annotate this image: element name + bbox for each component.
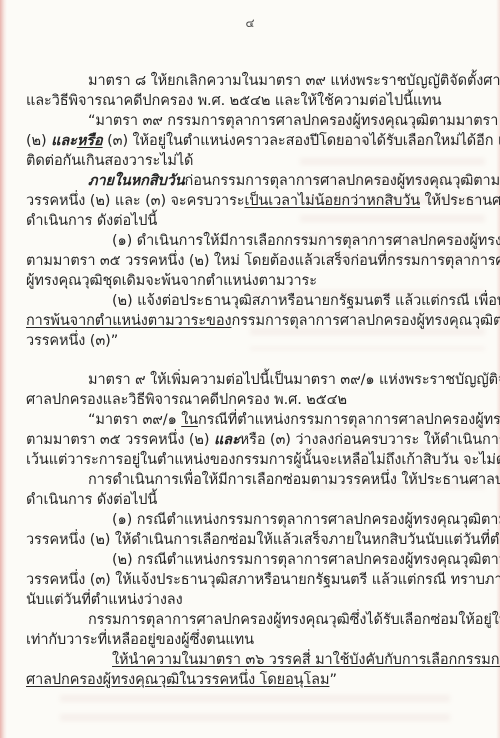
text-run: และ [214,432,240,448]
text-run: วรรคหนึ่ง (๒) ให้ดำเนินการเลือกซ่อมให้แล… [26,532,500,548]
document-line: วรรคหนึ่ง (๓) ให้แจ้งประธานวุฒิสภาหรือนา… [26,570,482,590]
document-line: (๑) กรณีตำแหน่งกรรมการตุลาการศาลปกครองผู… [112,510,482,530]
text-run: ศาลปกครองผู้ทรงคุณวุฒิในวรรคหนึ่ง โดยอนุ… [26,672,329,688]
document-body: มาตรา ๘ ให้ยกเลิกความในมาตรา ๓๙ แห่งพระร… [26,71,482,690]
text-run: มาตรา ๙ ให้เพิ่มความต่อไปนี้เป็นมาตรา ๓๙… [88,372,500,388]
text-run: มาตรา ๘ ให้ยกเลิกความในมาตรา ๓๙ แห่งพระร… [88,73,500,89]
document-line: (๒) และหรือ (๓) ให้อยู่ในตำแหน่งคราวละสอ… [26,131,482,151]
document-line: ดำเนินการ ดังต่อไปนี้ [26,211,482,231]
text-run: การดำเนินการเพื่อให้มีการเลือกซ่อมตามวรร… [88,472,500,488]
text-run: ให้นำความในมาตรา ๓๖ วรรคสี่ มาใช้บังคับก… [112,652,500,668]
document-line: “มาตรา ๓๙ กรรมการตุลาการศาลปกครองผู้ทรงค… [88,111,482,131]
text-run: (๒) [26,133,51,149]
text-run: “มาตรา ๓๙ กรรมการตุลาการศาลปกครองผู้ทรงค… [88,113,500,129]
document-line: และวิธีพิจารณาคดีปกครอง พ.ศ. ๒๕๔๒ และให้… [26,91,482,111]
text-run: ผู้ทรงคุณวุฒิชุดเดิมจะพ้นจากตำแหน่งตามวา… [26,273,317,289]
document-line: “มาตรา ๓๙/๑ ในกรณีที่ตำแหน่งกรรมการตุลาก… [88,410,482,430]
text-run: หรือ (๓) ว่างลงก่อนครบวาระ ให้ดำเนินการเ… [240,432,500,448]
document-line: ศาลปกครองและวิธีพิจารณาคดีปกครอง พ.ศ. ๒๕… [26,390,482,410]
document-line: มาตรา ๙ ให้เพิ่มความต่อไปนี้เป็นมาตรา ๓๙… [88,370,482,390]
scan-edge-left [0,0,7,738]
text-run: (๑) กรณีตำแหน่งกรรมการตุลาการศาลปกครองผู… [112,512,500,528]
text-run: และ [51,133,77,149]
text-run: วรรคหนึ่ง (๓) ให้แจ้งประธานวุฒิสภาหรือนา… [26,572,500,588]
text-run: ตามมาตรา ๓๕ วรรคหนึ่ง (๒) [26,432,214,448]
text-run: (๓) ให้อยู่ในตำแหน่งคราวละสองปีโดยอาจได้… [103,133,500,149]
document-line: (๑) ดำเนินการให้มีการเลือกกรรมการตุลาการ… [112,231,482,251]
text-run: นับแต่วันที่ตำแหน่งว่างลง [26,592,183,608]
text-run: (๑) ดำเนินการให้มีการเลือกกรรมการตุลาการ… [112,233,500,249]
document-line: นับแต่วันที่ตำแหน่งว่างลง [26,590,482,610]
text-run: กรรมการตุลาการศาลปกครองผู้ทรงคุณวุฒิตามม… [231,313,500,329]
text-run: กรรมการตุลาการศาลปกครองผู้ทรงคุณวุฒิซึ่ง… [88,612,500,628]
text-run: ดำเนินการ ดังต่อไปนี้ [26,213,157,229]
text-run: หรือ [77,133,103,149]
document-line: (๒) แจ้งต่อประธานวุฒิสภาหรือนายกรัฐมนตรี… [112,291,482,311]
text-run: ติดต่อกันเกินสองวาระไม่ได้ [26,153,193,169]
document-line: วรรคหนึ่ง (๒) และ (๓) จะครบวาระเป็นเวลาไ… [26,191,482,211]
bleedthrough-artifact [60,695,450,725]
scanned-document-page: { "page": { "number": "๔", "colors": { "… [0,0,500,738]
document-line: วรรคหนึ่ง (๓)” [26,331,482,351]
page-number: ๔ [0,14,500,33]
document-line: ภายในหกสิบวันก่อนกรรมการตุลาการศาลปกครอง… [88,171,482,191]
text-run: ศาลปกครองและวิธีพิจารณาคดีปกครอง พ.ศ. ๒๕… [26,392,347,408]
document-line: มาตรา ๘ ให้ยกเลิกความในมาตรา ๓๙ แห่งพระร… [88,71,482,91]
document-line: ให้นำความในมาตรา ๓๖ วรรคสี่ มาใช้บังคับก… [112,650,482,670]
document-line: เว้นแต่วาระการอยู่ในตำแหน่งของกรรมการผู้… [26,450,482,470]
text-run: การพ้นจากตำแหน่งตามวาระของ [26,313,231,329]
text-run: ภายในหกสิบวัน [88,173,185,189]
document-line: การดำเนินการเพื่อให้มีการเลือกซ่อมตามวรร… [88,470,482,490]
text-run: ก่อนกรรมการตุลาการศาลปกครองผู้ทรงคุณวุฒิ… [185,173,500,189]
text-run: (๒) แจ้งต่อประธานวุฒิสภาหรือนายกรัฐมนตรี… [112,293,500,309]
text-run: ตามมาตรา ๓๕ วรรคหนึ่ง (๒) ใหม่ โดยต้องแล… [26,253,500,269]
document-line: การพ้นจากตำแหน่งตามวาระของกรรมการตุลาการ… [26,311,482,331]
text-run: ดำเนินการ ดังต่อไปนี้ [26,492,157,508]
document-line: ผู้ทรงคุณวุฒิชุดเดิมจะพ้นจากตำแหน่งตามวา… [26,271,482,291]
text-run: (๒) กรณีตำแหน่งกรรมการตุลาการศาลปกครองผู… [112,552,500,568]
document-line: (๒) กรณีตำแหน่งกรรมการตุลาการศาลปกครองผู… [112,550,482,570]
text-run: วรรคหนึ่ง (๓)” [26,333,118,349]
text-run: ใน [181,412,198,428]
text-run: “มาตรา ๓๙/๑ [88,412,181,428]
text-run: และวิธีพิจารณาคดีปกครอง พ.ศ. ๒๕๔๒ และให้… [26,93,441,109]
document-line: ดำเนินการ ดังต่อไปนี้ [26,490,482,510]
document-line: ศาลปกครองผู้ทรงคุณวุฒิในวรรคหนึ่ง โดยอนุ… [26,670,482,690]
document-line: เท่ากับวาระที่เหลืออยู่ของผู้ซึ่งตนแทน [26,630,482,650]
document-line: วรรคหนึ่ง (๒) ให้ดำเนินการเลือกซ่อมให้แล… [26,530,482,550]
text-run: เว้นแต่วาระการอยู่ในตำแหน่งของกรรมการผู้… [26,452,500,468]
text-run: ให้ประธานศาลปกครองสูงสุด [420,193,500,209]
document-line: ตามมาตรา ๓๕ วรรคหนึ่ง (๒) และหรือ (๓) ว่… [26,430,482,450]
text-run: ” [329,672,336,688]
text-run: วรรคหนึ่ง (๒) และ (๓) จะครบวาระ [26,193,244,209]
text-run: กรณีที่ตำแหน่งกรรมการตุลาการศาลปกครองผู้… [198,412,500,428]
document-line: ตามมาตรา ๓๕ วรรคหนึ่ง (๒) ใหม่ โดยต้องแล… [26,251,482,271]
document-line: ติดต่อกันเกินสองวาระไม่ได้ [26,151,482,171]
text-run: เท่ากับวาระที่เหลืออยู่ของผู้ซึ่งตนแทน [26,632,254,648]
document-line: กรรมการตุลาการศาลปกครองผู้ทรงคุณวุฒิซึ่ง… [88,610,482,630]
text-run: เป็นเวลาไม่น้อยกว่าหกสิบวัน [244,193,420,209]
